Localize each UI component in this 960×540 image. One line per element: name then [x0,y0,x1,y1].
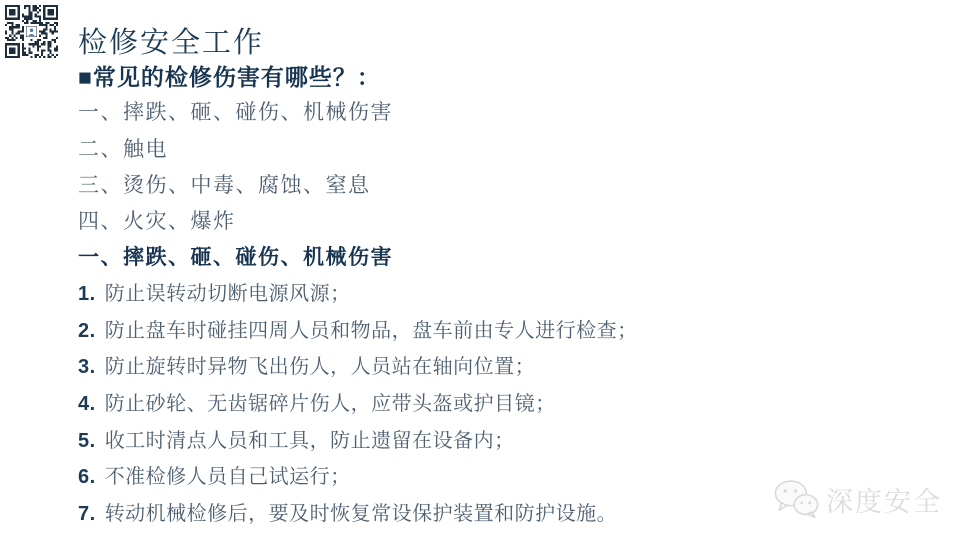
item-text: 防止误转动切断电源风源； [105,283,351,305]
item-number: 1. [78,283,96,305]
category-line-1: 一、摔跌、砸、碰伤、机械伤害 [78,96,393,126]
item-text: 防止砂轮、无齿锯碎片伤人，应带头盔或护目镜； [105,393,556,415]
item-text: 转动机械检修后，要及时恢复常设保护装置和防护设施。 [105,503,618,525]
question-heading: ■常见的检修伤害有哪些？： [78,59,381,92]
watermark: 深度安全 [773,474,942,524]
list-item-1: 1.防止误转动切断电源风源； [78,277,351,306]
item-text: 不准检修人员自己试运行； [105,466,351,488]
item-text: 防止旋转时异物飞出伤人，人员站在轴向位置； [105,356,536,378]
wechat-icon [773,479,820,519]
qr-code-icon [5,5,58,58]
item-number: 6. [78,466,96,488]
category-line-3: 三、烫伤、中毒、腐蚀、窒息 [78,169,371,199]
section-heading: 一、摔跌、砸、碰伤、机械伤害 [78,241,393,271]
item-number: 2. [78,320,96,342]
item-text: 防止盘车时碰挂四周人员和物品，盘车前由专人进行检查； [105,320,638,342]
category-line-2: 二、触电 [78,133,168,163]
category-line-4: 四、火灾、爆炸 [78,205,236,235]
page-title: 检修安全工作 [78,20,264,61]
item-text: 收工时清点人员和工具，防止遗留在设备内； [105,430,515,452]
list-item-5: 5.收工时清点人员和工具，防止遗留在设备内； [78,424,515,453]
list-item-6: 6.不准检修人员自己试运行； [78,460,351,489]
watermark-label: 深度安全 [826,480,942,519]
item-number: 5. [78,430,96,452]
item-number: 7. [78,503,96,525]
item-number: 3. [78,356,96,378]
list-item-7: 7.转动机械检修后，要及时恢复常设保护装置和防护设施。 [78,497,617,526]
list-item-2: 2.防止盘车时碰挂四周人员和物品，盘车前由专人进行检查； [78,314,638,343]
list-item-4: 4.防止砂轮、无齿锯碎片伤人，应带头盔或护目镜； [78,387,556,416]
item-number: 4. [78,393,96,415]
list-item-3: 3.防止旋转时异物飞出伤人，人员站在轴向位置； [78,350,535,379]
slide-canvas: 检修安全工作 ■常见的检修伤害有哪些？： 一、摔跌、砸、碰伤、机械伤害 二、触电… [0,0,960,540]
